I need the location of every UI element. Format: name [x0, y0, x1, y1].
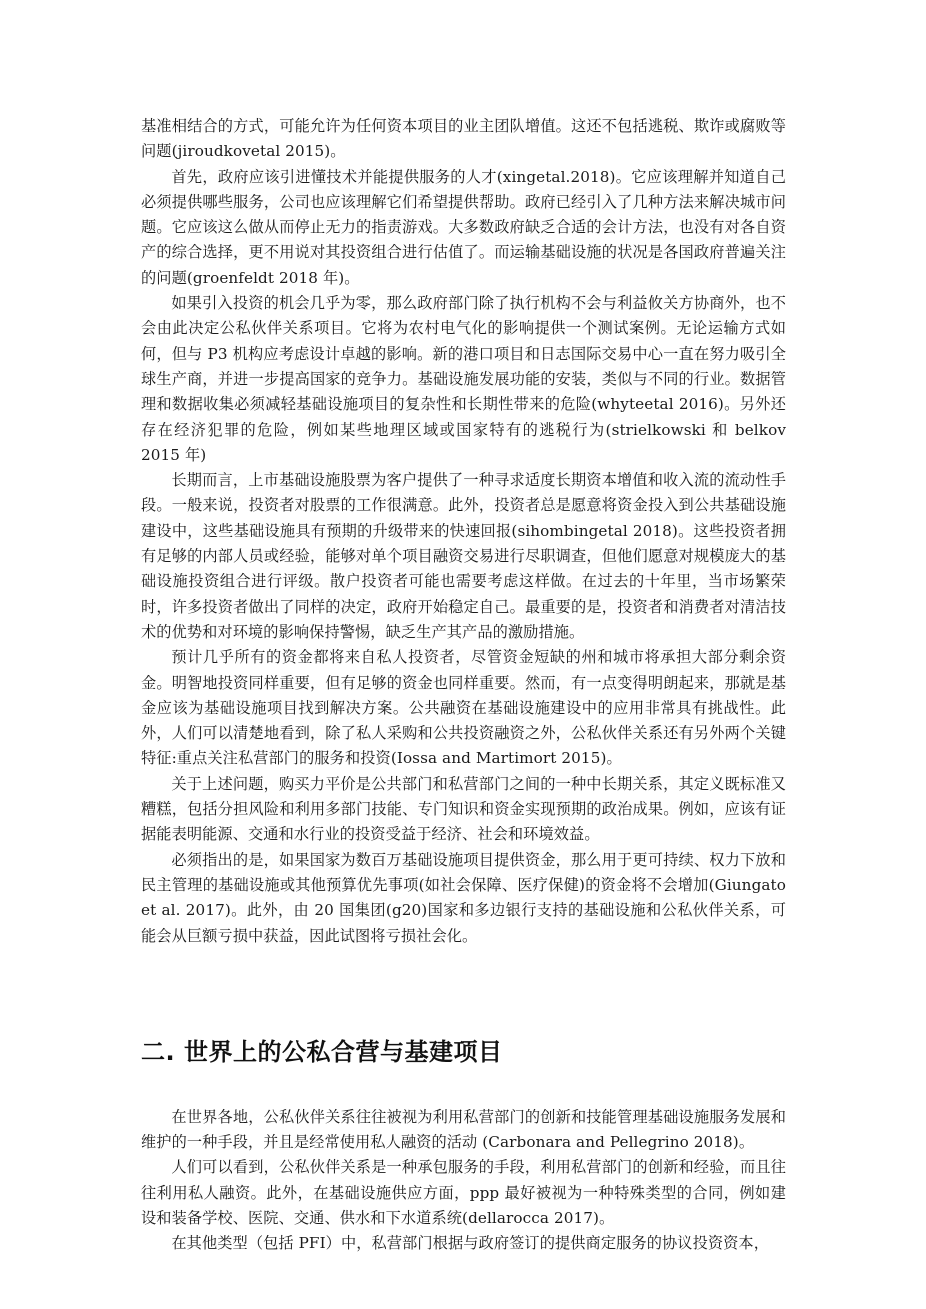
paragraph: 人们可以看到，公私伙伴关系是一种承包服务的手段，利用私营部门的创新和经验，而且往…	[141, 1155, 786, 1231]
paragraph: 首先，政府应该引进懂技术并能提供服务的人才(xingetal.2018)。它应该…	[141, 165, 786, 291]
paragraph: 如果引入投资的机会几乎为零，那么政府部门除了执行机构不会与利益攸关方协商外，也不…	[141, 291, 786, 468]
section-spacer	[141, 949, 786, 1037]
paragraph: 在其他类型（包括 PFI）中，私营部门根据与政府签订的提供商定服务的协议投资资本…	[141, 1231, 786, 1256]
section-1-body: 基准相结合的方式，可能允许为任何资本项目的业主团队增值。这还不包括逃税、欺诈或腐…	[141, 114, 786, 949]
section-2-body: 在世界各地，公私伙伴关系往往被视为利用私营部门的创新和技能管理基础设施服务发展和…	[141, 1105, 786, 1257]
paragraph: 基准相结合的方式，可能允许为任何资本项目的业主团队增值。这还不包括逃税、欺诈或腐…	[141, 114, 786, 165]
paragraph: 长期而言，上市基础设施股票为客户提供了一种寻求适度长期资本增值和收入流的流动性手…	[141, 468, 786, 645]
paragraph: 预计几乎所有的资金都将来自私人投资者，尽管资金短缺的州和城市将承担大部分剩余资金…	[141, 645, 786, 771]
paragraph: 关于上述问题，购买力平价是公共部门和私营部门之间的一种中长期关系，其定义既标准又…	[141, 772, 786, 848]
paragraph: 必须指出的是，如果国家为数百万基础设施项目提供资金，那么用于更可持续、权力下放和…	[141, 848, 786, 949]
paragraph: 在世界各地，公私伙伴关系往往被视为利用私营部门的创新和技能管理基础设施服务发展和…	[141, 1105, 786, 1156]
section-heading: 二. 世界上的公私合营与基建项目	[141, 1037, 786, 1067]
document-page: 基准相结合的方式，可能允许为任何资本项目的业主团队增值。这还不包括逃税、欺诈或腐…	[141, 114, 786, 1257]
